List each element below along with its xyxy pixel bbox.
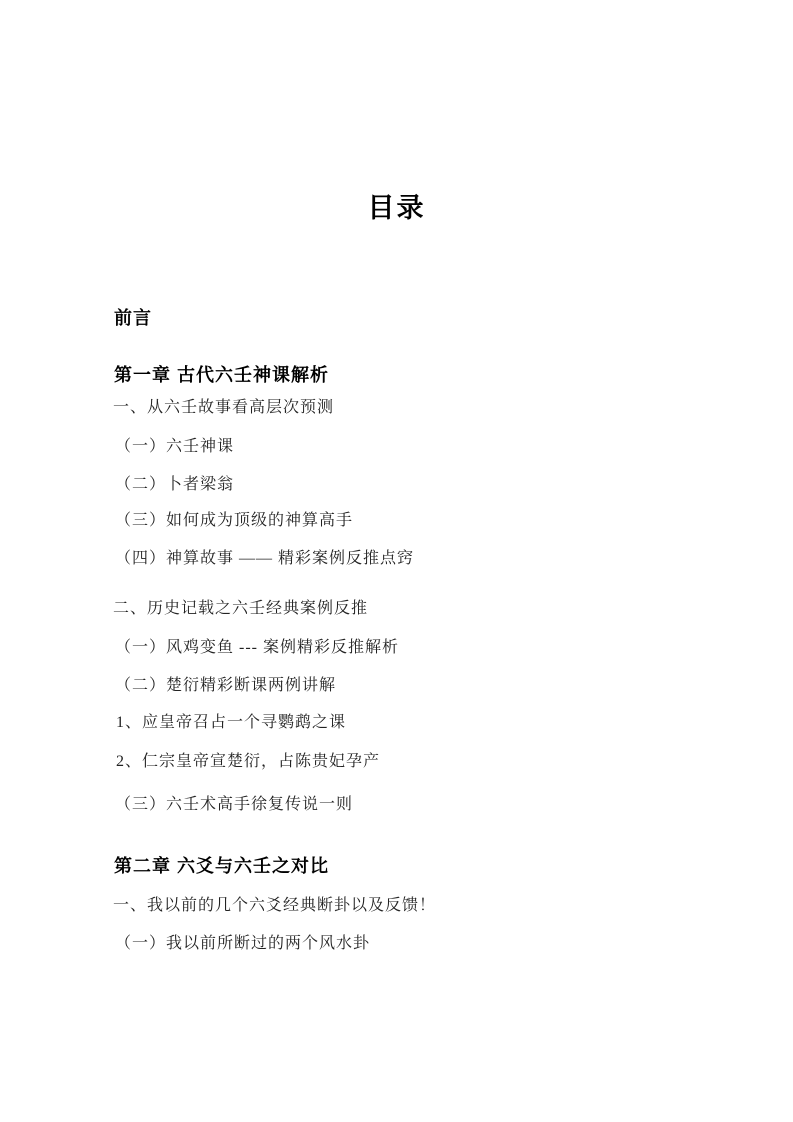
toc-entry: （二）楚衍精彩断课两例讲解 xyxy=(115,677,336,695)
toc-entry: 二、历史记载之六壬经典案例反推 xyxy=(113,600,368,618)
toc-entry: 一、我以前的几个六爻经典断卦以及反馈！ xyxy=(113,897,436,915)
toc-entry: （三）六壬术高手徐复传说一则 xyxy=(115,796,353,814)
toc-entry: 一、从六壬故事看高层次预测 xyxy=(113,399,334,417)
toc-entry: 2、仁宗皇帝宣楚衍，占陈贵妃孕产 xyxy=(116,753,380,771)
toc-entry: （四）神算故事 —— 精彩案例反推点窍 xyxy=(115,550,414,568)
page-title: 目录 xyxy=(0,194,793,224)
toc-entry: （三）如何成为顶级的神算高手 xyxy=(115,512,353,530)
toc-entry: （一）风鸡变鱼 --- 案例精彩反推解析 xyxy=(115,639,399,657)
toc-entry: 1、应皇帝召占一个寻鹦鹉之课 xyxy=(116,714,346,732)
toc-entry: （一）我以前所断过的两个风水卦 xyxy=(115,935,370,953)
toc-entry: （一）六壬神课 xyxy=(115,438,234,456)
toc-entry: （二）卜者梁翁 xyxy=(115,476,234,494)
toc-entry-chapter-1: 第一章 古代六壬神课解析 xyxy=(114,365,329,386)
toc-entry-chapter-2: 第二章 六爻与六壬之对比 xyxy=(114,856,329,877)
toc-entry-preface: 前言 xyxy=(114,308,152,329)
document-page: 目录 前言 第一章 古代六壬神课解析 一、从六壬故事看高层次预测 （一）六壬神课… xyxy=(0,0,793,1122)
